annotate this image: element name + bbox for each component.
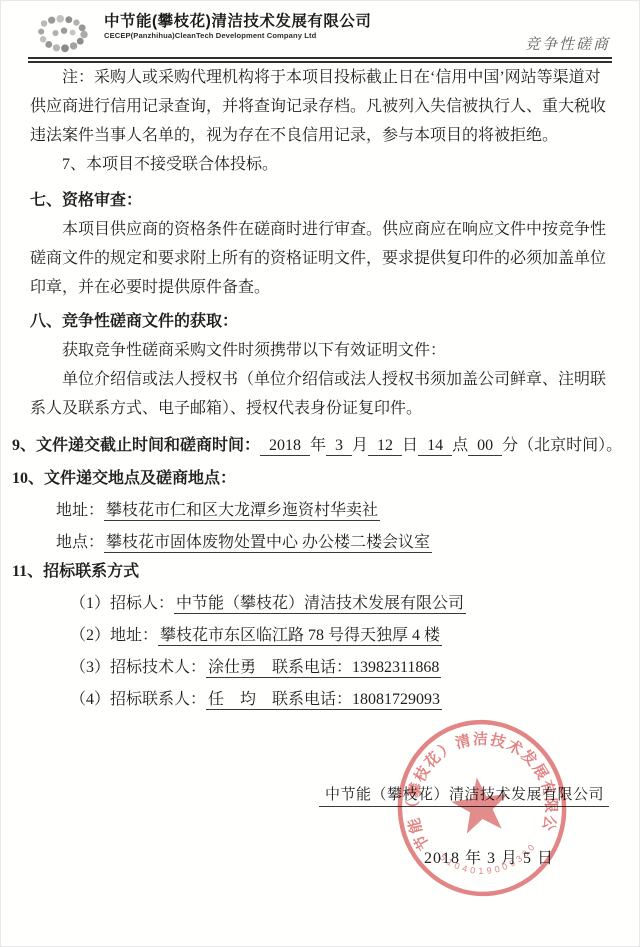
month-unit: 月 [352,437,368,454]
contact-value: 中节能（攀枝花）清洁技术发展有限公司 [174,595,466,614]
company-name-en: CECEP(Panzhihua)CleanTech Development Co… [104,32,371,40]
credit-check-note: 注：采购人或采购代理机构将于本项目投标截止日在‘信用中国’网站等渠道对供应商进行… [30,63,610,150]
deadline-month-value: 3 [326,437,352,456]
contact-value: 涂仕勇 联系电话：13982311868 [206,659,441,678]
document-page: 中节能(攀枝花)清洁技术发展有限公司 CECEP(Panzhihua)Clean… [0,0,640,947]
section-11-title: 11、招标联系方式 [12,557,610,586]
contact-label: （3）招标技术人： [70,659,206,676]
section-8-line1: 获取竞争性磋商采购文件时须携带以下有效证明文件： [30,336,610,365]
company-brand: 中节能(攀枝花)清洁技术发展有限公司 CECEP(Panzhihua)Clean… [104,13,371,40]
place-value: 攀枝花市固体废物处置中心 办公楼二楼会议室 [104,534,432,553]
section-9-label: 9、文件递交截止时间和磋商时间： [12,437,260,454]
section-8-line2: 单位介绍信或法人授权书（单位介绍信或法人授权书须加盖公司鲜章、注明联系人及联系方… [30,365,610,423]
seal-star-icon [448,773,512,835]
deadline-day-value: 12 [368,437,402,456]
address-value: 攀枝花市仁和区大龙潭乡迤资村华卖社 [104,502,380,521]
section-10-title: 10、文件递交地点及磋商地点： [12,464,610,493]
contact-value: 任 均 联系电话：18081729093 [206,691,442,710]
section-7-title: 七、资格审查： [30,186,610,215]
deadline-hour-value: 14 [418,437,452,456]
year-unit: 年 [310,437,326,454]
deadline-minute-value: 00 [468,437,502,456]
company-seal-stamp: 中节能（攀枝花）清洁技术发展有限公司 5104019009380 [392,716,572,902]
contact-label: （4）招标联系人： [70,691,206,708]
letterhead: 中节能(攀枝花)清洁技术发展有限公司 CECEP(Panzhihua)Clean… [0,0,640,55]
section-8-title: 八、竞争性磋商文件的获取： [30,307,610,336]
contact-line-technical: （3）招标技术人：涂仕勇 联系电话：13982311868 [30,653,610,682]
contact-label: （1）招标人： [70,595,174,612]
address-label: 地址： [56,502,104,519]
hour-unit: 点 [452,437,468,454]
item-7-no-consortium: 7、本项目不接受联合体投标。 [30,150,610,179]
contact-line-liaison: （4）招标联系人：任 均 联系电话：18081729093 [30,685,610,714]
contact-line-address: （2）地址：攀枝花市东区临江路 78 号得天独厚 4 楼 [30,621,610,650]
place-label: 地点： [56,534,104,551]
document-body: 注：采购人或采购代理机构将于本项目投标截止日在‘信用中国’网站等渠道对供应商进行… [0,63,640,714]
minute-unit: 分 [502,437,518,454]
section-9-deadline-line: 9、文件递交截止时间和磋商时间：2018年3月12日14点00分（北京时间）。 [12,431,610,460]
beijing-time-suffix: （北京时间）。 [518,437,622,454]
company-name-cn: 中节能(攀枝花)清洁技术发展有限公司 [104,13,371,30]
day-unit: 日 [402,437,418,454]
cecep-dots-logo [34,14,96,54]
consultation-place-line: 地点：攀枝花市固体废物处置中心 办公楼二楼会议室 [30,528,610,557]
svg-text:5104019009380: 5104019009380 [437,839,542,883]
submission-address-line: 地址：攀枝花市仁和区大龙潭乡迤资村华卖社 [30,496,610,525]
doc-type-label: 竞争性磋商 [525,33,610,55]
contact-line-bidder: （1）招标人：中节能（攀枝花）清洁技术发展有限公司 [30,589,610,618]
seal-registration-number: 5104019009380 [437,839,542,883]
contact-label: （2）地址： [70,627,158,644]
deadline-year-value: 2018 [260,437,310,456]
contact-value: 攀枝花市东区临江路 78 号得天独厚 4 楼 [158,627,442,646]
section-7-text: 本项目供应商的资格条件在磋商时进行审查。供应商应在响应文件中按竞争性磋商文件的规… [30,215,610,302]
